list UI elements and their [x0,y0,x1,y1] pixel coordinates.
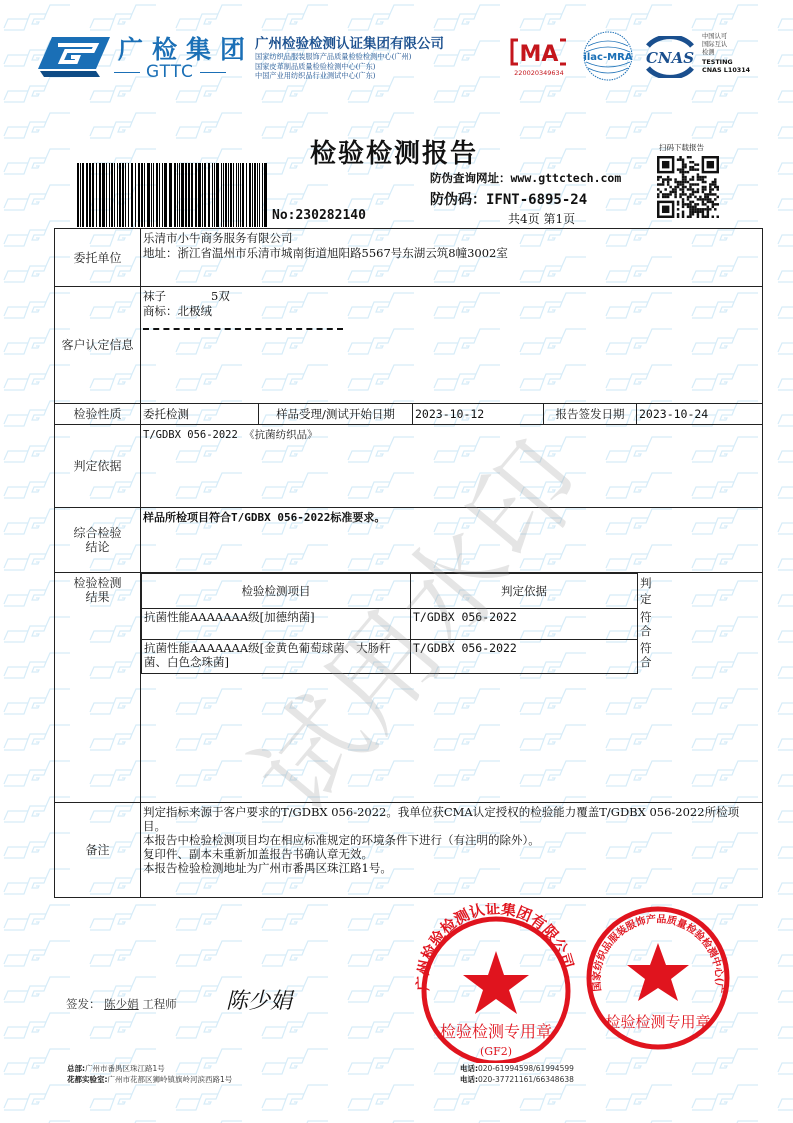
svg-text:CNAS: CNAS [646,49,694,67]
remark-line: 本报告中检验检测项目均在相应标准规定的环境条件下进行（有注明的除外）。 [143,833,760,847]
results-table: 检验检测项目 判定依据 判定 抗菌性能AAAAAAA级[加德纳菌] T/GDBX… [141,573,638,674]
cnas-info-line: TESTING [702,58,750,66]
anti-fake-url: 防伪查询网址：www.gttctech.com [430,170,621,186]
barcode-icon [77,163,269,227]
cma-mark: MA 220020349634 [508,36,570,80]
logo-chinese-name: 广检集团 [118,30,254,66]
dashed-divider [143,328,343,330]
cma-logo-icon: MA [508,36,570,70]
svg-text:检验检测专用章: 检验检测专用章 [605,1013,710,1031]
test-nature-label: 检验性质 [55,404,141,425]
sample-name: 袜子 [143,289,166,303]
anti-fake-code-value: IFNT-6895-24 [486,192,587,208]
official-seal-gttc: 广州检验检测认证集团有限公司 检验检测专用章 (GF2) [400,903,590,1063]
client-address: 地址：浙江省温州市乐清市城南街道旭阳路5567号东湖云筑8幢3002室 [143,246,760,261]
sample-quantity: 5双 [211,289,230,303]
test-nature-cell: 委托检测 样品受理/测试开始日期 2023-10-12 报告签发日期 2023-… [141,404,763,425]
sample-line: 袜子5双 [143,289,760,304]
result-basis: T/GDBX 056-2022 [411,609,638,640]
company-name: 广州检验检测认证集团有限公司 [255,32,444,52]
lab-address: 广州市花都区狮岭镇旗岭河滨西路1号 [108,1075,233,1084]
star-icon [627,943,689,1001]
divider [114,72,140,73]
received-date-label: 样品受理/测试开始日期 [259,404,413,424]
client-label: 委托单位 [55,229,141,287]
results-label-text: 检验检测结果 [70,576,126,604]
conclusion-text: 样品所检项目符合T/GDBX 056-2022标准要求。 [143,511,385,524]
issuer-name: 陈少娟 [104,997,139,1011]
customer-info-row: 客户认定信息 袜子5双 商标：北极绒 [55,287,763,404]
basis-label: 判定依据 [55,425,141,508]
phone-line: 电话:020-61994598/61994599 [460,1063,574,1074]
phone-label: 电话: [460,1075,478,1084]
issue-date-value: 2023-10-24 [637,404,763,424]
lab-line: 花都实验室:广州市花都区狮岭镇旗岭河滨西路1号 [67,1074,232,1085]
remarks-cell: 判定指标来源于客户要求的T/GDBX 056-2022。我单位获CMA认定授权的… [141,803,763,898]
table-row: 抗菌性能AAAAAAA级[金黄色葡萄球菌、大肠杆菌、白色念珠菌] T/GDBX … [142,640,638,674]
svg-text:(GF2): (GF2) [480,1045,512,1058]
client-name: 乐清市小牛商务服务有限公司 [143,231,760,246]
anti-fake-code-label: 防伪码： [430,192,486,208]
issuer-title: 工程师 [142,997,177,1011]
qr-label: 扫码下载报告 [659,142,704,153]
remark-line: 判定指标来源于客户要求的T/GDBX 056-2022。我单位获CMA认定授权的… [143,805,760,833]
center-line: 国家皮革制品质量检验检测中心(广东) [255,62,444,72]
remark-line: 复印件、副本未重新加盖报告书确认章无效。 [143,847,760,861]
basis-row: 判定依据 T/GDBX 056-2022 《抗菌纺织品》 [55,425,763,508]
svg-text:MA: MA [520,42,559,67]
client-row: 委托单位 乐清市小牛商务服务有限公司 地址：浙江省温州市乐清市城南街道旭阳路55… [55,229,763,287]
svg-text:ilac-MRA: ilac-MRA [583,52,632,63]
report-number: No:230282140 [272,208,366,223]
anti-fake-url-label: 防伪查询网址： [430,171,511,185]
result-item: 抗菌性能AAAAAAA级[加德纳菌] [142,609,411,640]
phone-value: 020-37721161/66348638 [478,1075,574,1084]
conclusion-label-text: 综合检验结论 [70,526,126,554]
trademark: 商标：北极绒 [143,304,760,319]
table-row: 抗菌性能AAAAAAA级[加德纳菌] T/GDBX 056-2022 符合 [142,609,638,640]
test-nature-value: 委托检测 [141,404,259,424]
svg-text:检验检测专用章: 检验检测专用章 [440,1022,552,1041]
results-row: 检验检测结果 检验检测项目 判定依据 判定 抗菌性能AAAAAAA级[加德纳菌]… [55,573,763,803]
star-icon [463,951,529,1014]
page-indicator: 共4页 第1页 [508,210,575,227]
phone-line: 电话:020-37721161/66348638 [460,1074,574,1085]
conclusion-label: 综合检验结论 [55,508,141,573]
results-cell: 检验检测项目 判定依据 判定 抗菌性能AAAAAAA级[加德纳菌] T/GDBX… [141,573,763,803]
report-table: 委托单位 乐清市小牛商务服务有限公司 地址：浙江省温州市乐清市城南街道旭阳路55… [54,228,763,898]
logo-english-name: GTTC [114,62,226,82]
hq-line: 总部:广州市番禺区珠江路1号 [67,1063,232,1074]
phone-value: 020-61994598/61994599 [478,1064,574,1073]
gttc-logo-icon [38,35,110,79]
test-nature-inner: 委托检测 样品受理/测试开始日期 2023-10-12 报告签发日期 2023-… [141,404,762,424]
basis-value: T/GDBX 056-2022 《抗菌纺织品》 [141,425,763,508]
remark-line: 本报告检验检测地址为广州市番禺区珠江路1号。 [143,861,760,875]
col-basis: 判定依据 [411,574,638,609]
issuer-block: 签发： 陈少娟 工程师 [66,996,177,1012]
results-header: 检验检测项目 判定依据 判定 [142,574,638,609]
hq-label: 总部: [67,1064,85,1073]
cma-number: 220020349634 [508,69,570,77]
logo-en-text: GTTC [146,62,194,82]
footer-addresses: 总部:广州市番禺区珠江路1号 花都实验室:广州市花都区狮岭镇旗岭河滨西路1号 [67,1063,232,1085]
center-line: 国家纺织品服装服饰产品质量检验检测中心(广州) [255,52,444,62]
result-item: 抗菌性能AAAAAAA级[金黄色葡萄球菌、大肠杆菌、白色念珠菌] [142,640,411,674]
client-cell: 乐清市小牛商务服务有限公司 地址：浙江省温州市乐清市城南街道旭阳路5567号东湖… [141,229,763,287]
phone-label: 电话: [460,1064,478,1073]
company-block: 广州检验检测认证集团有限公司 国家纺织品服装服饰产品质量检验检测中心(广州) 国… [255,32,444,81]
cnas-info: 中国认可 国际互认 检测 TESTING CNAS L10314 [702,33,750,74]
official-seal-national-center: 国家纺织品服装服饰产品质量检验检测中心(广州) 检验检测专用章 [583,903,733,1053]
test-nature-row: 检验性质 委托检测 样品受理/测试开始日期 2023-10-12 报告签发日期 … [55,404,763,425]
anti-fake-url-value[interactable]: www.gttctech.com [511,171,622,185]
cnas-info-line: 检测 [702,49,750,57]
results-label: 检验检测结果 [55,573,141,803]
result-basis: T/GDBX 056-2022 [411,640,638,674]
issue-date-label: 报告签发日期 [544,404,637,424]
cnas-info-line: CNAS L10314 [702,66,750,74]
svg-text:陈少娟: 陈少娟 [226,989,295,1014]
center-line: 中国产业用纺织品行业测试中心(广东) [255,71,444,81]
remarks-label: 备注 [55,803,141,898]
ilac-mra-logo-icon: ilac-MRA [580,30,636,82]
divider [200,72,226,73]
customer-info-cell: 袜子5双 商标：北极绒 [141,287,763,404]
cnas-info-line: 中国认可 [702,33,750,41]
basis-text: T/GDBX 056-2022 《抗菌纺织品》 [143,429,318,441]
cnas-logo-icon: CNAS [640,36,700,78]
handwritten-signature: 陈少娟 [222,982,312,1016]
remarks-row: 备注 判定指标来源于客户要求的T/GDBX 056-2022。我单位获CMA认定… [55,803,763,898]
col-item: 检验检测项目 [142,574,411,609]
hq-address: 广州市番禺区珠江路1号 [85,1064,165,1073]
customer-info-label: 客户认定信息 [55,287,141,404]
conclusion-value: 样品所检项目符合T/GDBX 056-2022标准要求。 [141,508,763,573]
conclusion-row: 综合检验结论 样品所检项目符合T/GDBX 056-2022标准要求。 [55,508,763,573]
report-title: 检验检测报告 [310,133,478,170]
anti-fake-code: 防伪码：IFNT-6895-24 [430,189,587,209]
lab-label: 花都实验室: [67,1075,108,1084]
received-date-value: 2023-10-12 [413,404,544,424]
qr-code-icon[interactable] [657,156,719,218]
issuer-label: 签发： [66,997,101,1011]
footer-phones: 电话:020-61994598/61994599 电话:020-37721161… [460,1063,574,1085]
